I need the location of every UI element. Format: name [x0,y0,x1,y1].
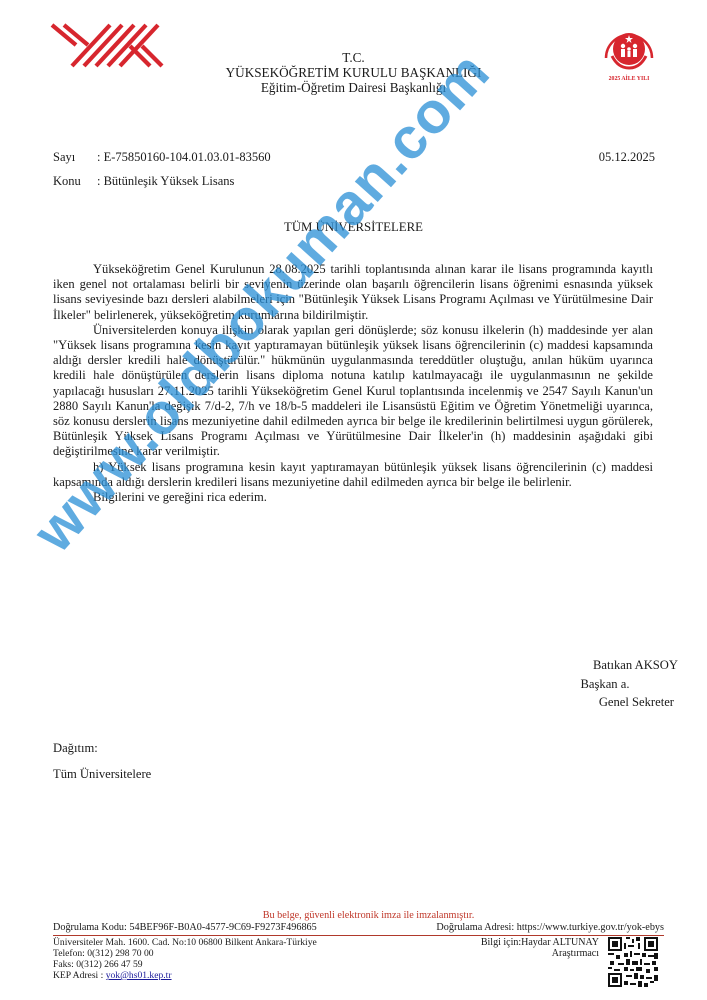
konu-value: : Bütünleşik Yüksek Lisans [97,174,234,188]
contact-block: Üniversiteler Mah. 1600. Cad. No:10 0680… [53,937,317,981]
body-paragraph: Üniversitelerden konuya ilişkin olarak y… [53,323,653,460]
header-department: Eğitim-Öğretim Dairesi Başkanlığı [0,80,707,95]
fax: Faks: 0(312) 266 47 59 [53,959,317,970]
info-contact-block: Bilgi için:Haydar ALTUNAY Araştırmacı [481,937,599,959]
footer-divider [53,935,664,936]
signature-block: Batıkan AKSOY Başkan a. Genel Sekreter [520,656,690,712]
sayi-row: Sayı: E-75850160-104.01.03.01-83560 [53,150,271,165]
distribution-block: Dağıtım: Tüm Üniversitelere [53,735,151,787]
konu-row: Konu: Bütünleşik Yüksek Lisans [53,174,234,189]
header-institution: YÜKSEKÖĞRETİM KURULU BAŞKANLIĞI [0,65,707,80]
distribution-label: Dağıtım: [53,735,151,761]
signatory-name: Batıkan AKSOY [520,656,690,675]
info-title: Araştırmacı [481,948,599,959]
letter-body: Yükseköğretim Genel Kurulunun 28.08.2025… [53,262,653,505]
body-paragraph: Yükseköğretim Genel Kurulunun 28.08.2025… [53,262,653,323]
postal-address: Üniversiteler Mah. 1600. Cad. No:10 0680… [53,937,317,948]
body-paragraph: Bilgilerini ve gereğini rica ederim. [53,490,653,505]
letterhead: T.C. YÜKSEKÖĞRETİM KURULU BAŞKANLIĞI Eği… [0,50,707,95]
phone: Telefon: 0(312) 298 70 00 [53,948,317,959]
signatory-title: Başkan a. [520,675,690,694]
qr-code-icon [608,937,658,987]
verification-address: Doğrulama Adresi: https://www.turkiye.go… [436,922,664,933]
esign-note: Bu belge, güvenli elektronik imza ile im… [0,910,707,921]
kep-link[interactable]: yok@hs01.kep.tr [106,970,172,981]
sayi-label: Sayı [53,150,97,165]
signatory-position: Genel Sekreter [520,693,690,712]
distribution-recipient: Tüm Üniversitelere [53,761,151,787]
konu-label: Konu [53,174,97,189]
addressee: TÜM ÜNİVERSİTELERE [0,220,707,235]
kep-address: KEP Adresi : yok@hs01.kep.tr [53,970,317,981]
kep-label: KEP Adresi : [53,970,106,981]
verification-code: Doğrulama Kodu: 54BEF96F-B0A0-4577-9C69-… [53,922,317,933]
body-paragraph: h) Yüksek lisans programına kesin kayıt … [53,460,653,490]
sayi-value: : E-75850160-104.01.03.01-83560 [97,150,271,164]
info-contact: Bilgi için:Haydar ALTUNAY [481,937,599,948]
header-tc: T.C. [0,50,707,65]
document-date: 05.12.2025 [599,150,655,165]
